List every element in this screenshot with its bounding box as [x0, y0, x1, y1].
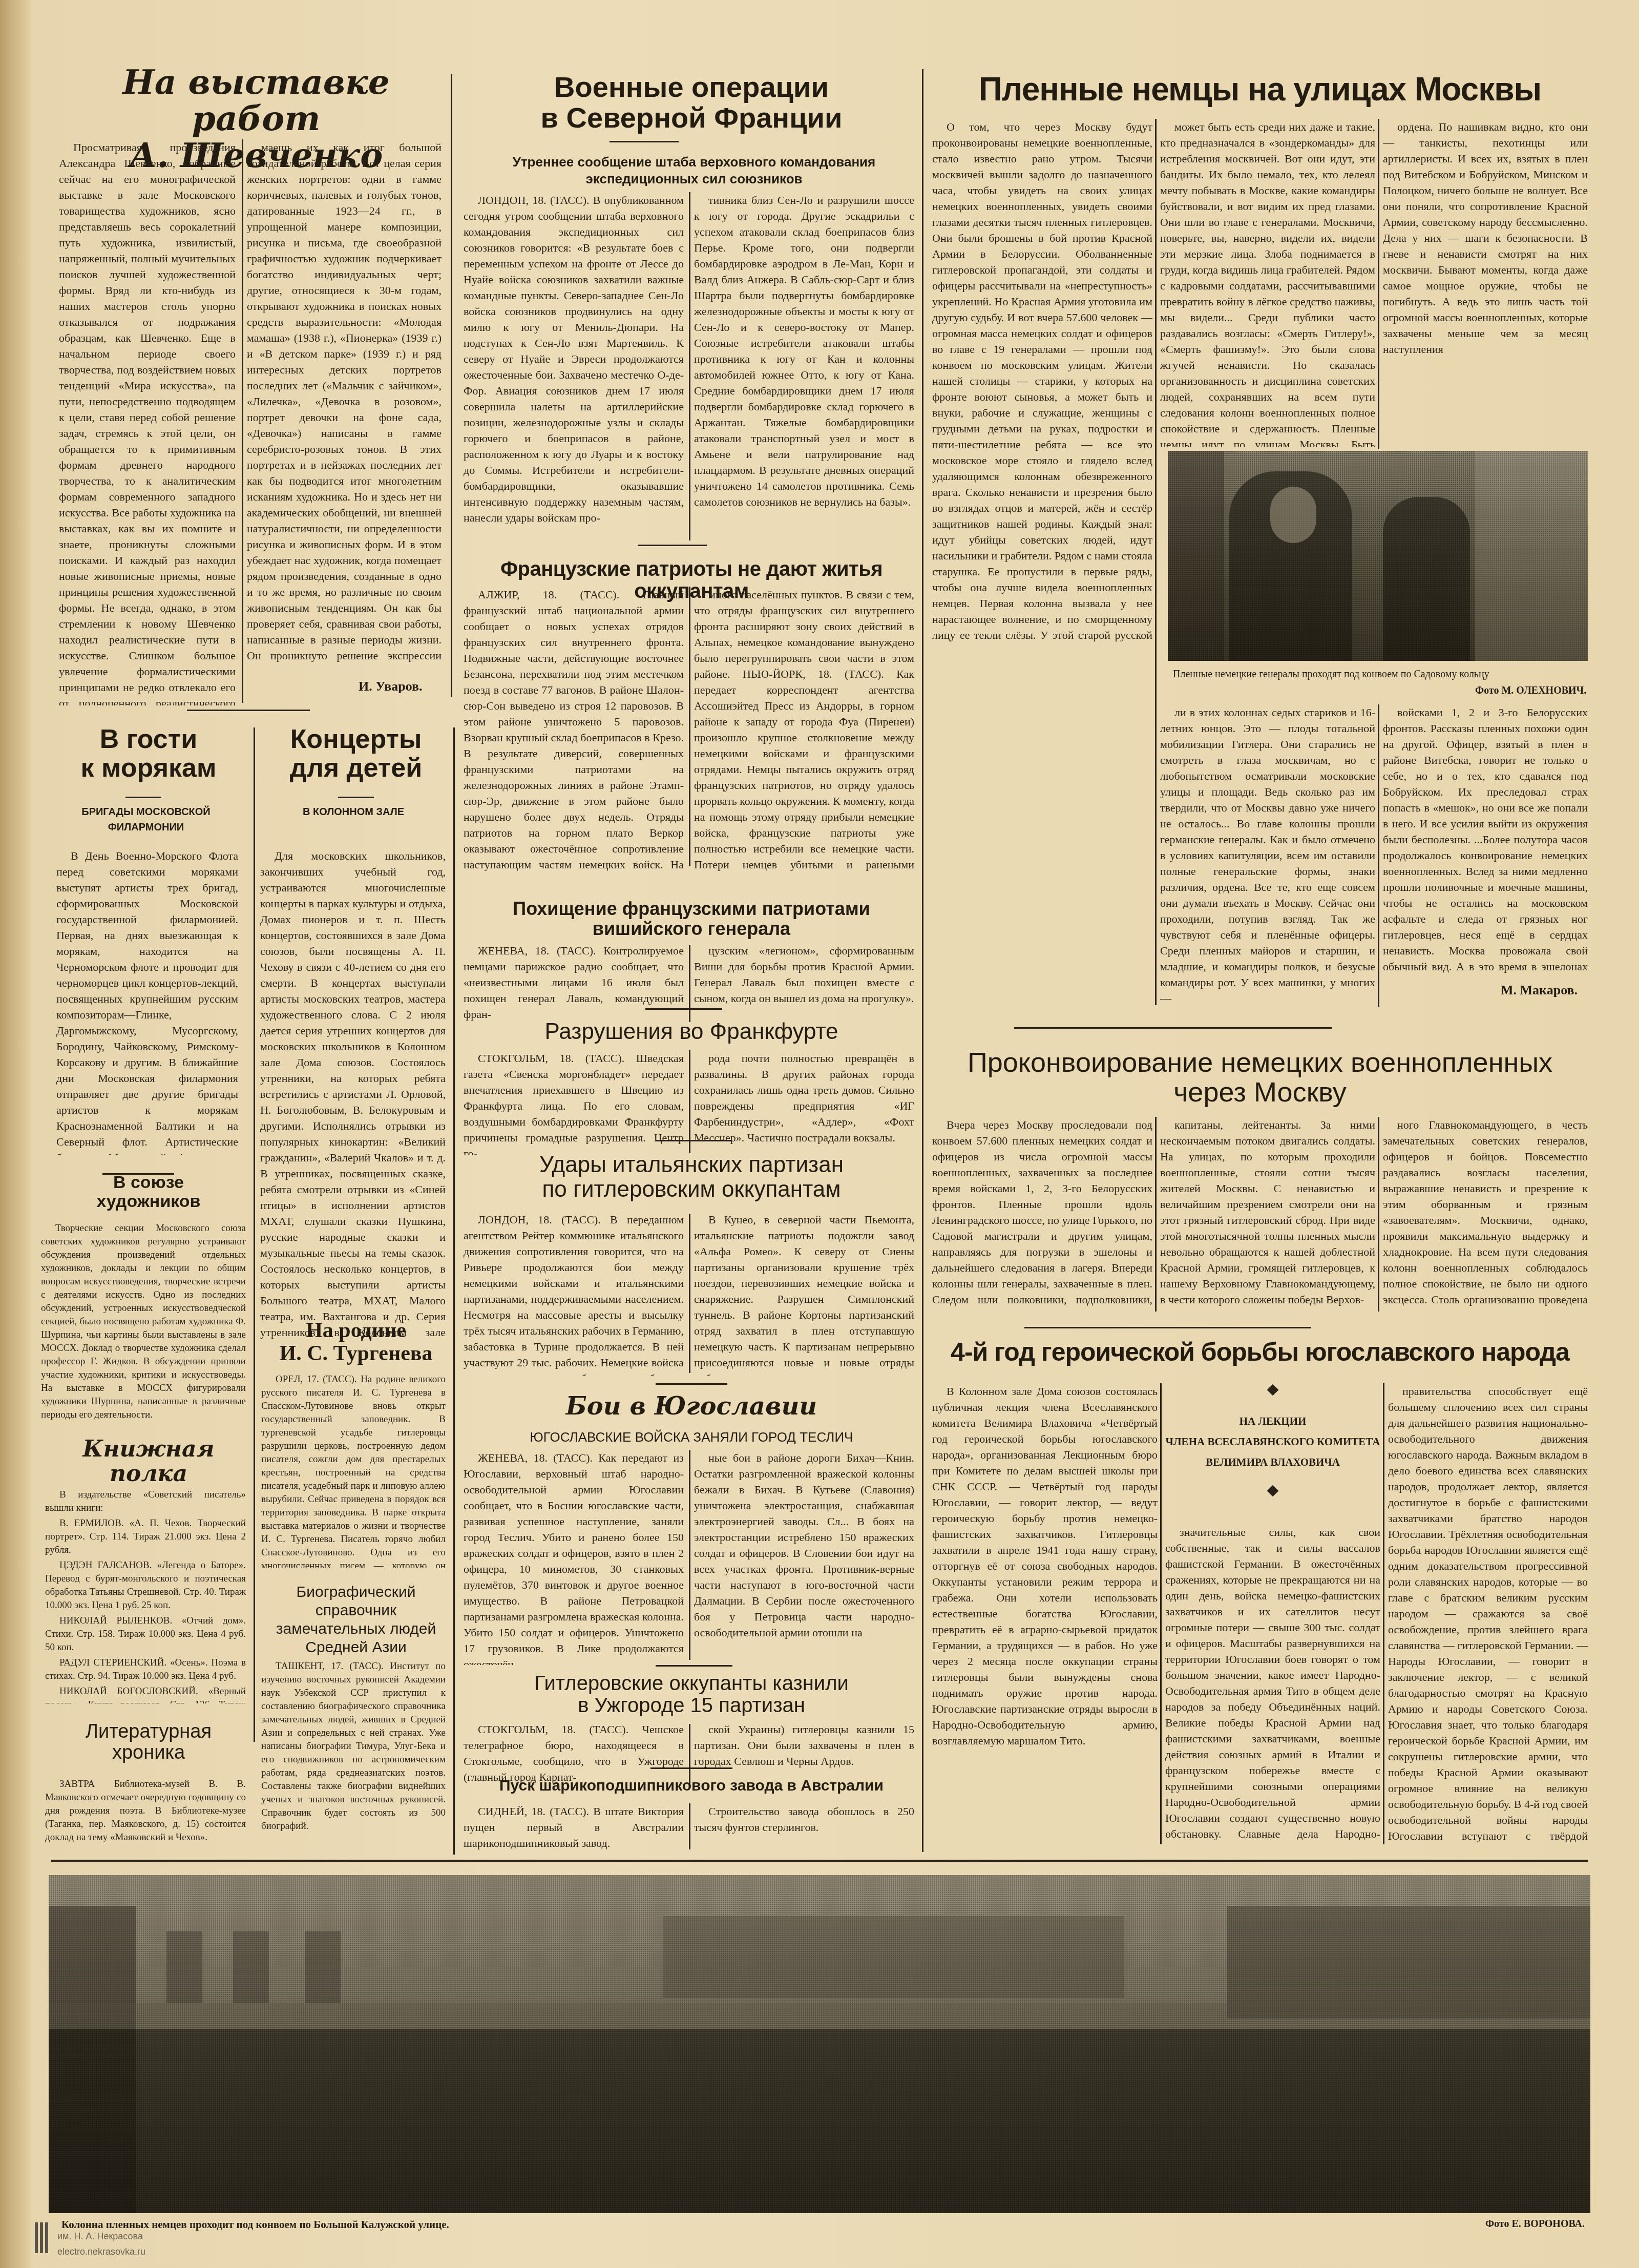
- short-rule: [338, 797, 374, 798]
- article-text: войсками 1, 2 и 3-го Белорусских фронтов…: [1383, 704, 1588, 981]
- short-rule: [656, 1665, 732, 1667]
- article-text: СТОКГОЛЬМ, 18. (ТАСС). Чешское телеграфн…: [464, 1721, 684, 1785]
- headline-line: полка: [51, 1462, 246, 1486]
- headline-line: Концерты: [259, 725, 453, 754]
- headline-line: художников: [51, 1192, 246, 1211]
- pows-column-1: О том, что через Москву будут проконвоир…: [932, 119, 1152, 647]
- article-text: маешь их как итог большой созидательной …: [247, 139, 442, 667]
- shevchenko-column-2: маешь их как итог большой созидательной …: [247, 139, 442, 667]
- headline-line: для детей: [259, 754, 453, 782]
- yugoslav-struggle-column-1: В Колонном зале Дома союзов состоялась п…: [932, 1383, 1158, 1844]
- article-text: ли в этих колоннах седых стариков и 16-л…: [1160, 704, 1375, 1006]
- yugoslavia-battles-subhead: ЮГОСЛАВСКИЕ ВОЙСКА ЗАНЯЛИ ГОРОД ТЕСЛИЧ: [461, 1429, 922, 1445]
- author-byline: М. Макаров.: [1501, 983, 1578, 998]
- article-text: ЛОНДОН, 18. (ТАСС). В опубликованном сег…: [464, 192, 684, 526]
- italian-partisans-column-1: ЛОНДОН, 18. (ТАСС). В переданном агентст…: [464, 1212, 684, 1376]
- artists-union-body: Творческие секции Московского союза сове…: [41, 1222, 246, 1463]
- military-ops-headline: Военные операции в Северной Франции: [461, 72, 922, 134]
- literary-chronicle-body: ЗАВТРА Библиотека-музей В. В. Маяковског…: [45, 1778, 246, 1849]
- photo-caption: Пленные немецкие генералы проходят под к…: [1173, 669, 1583, 680]
- short-rule: [125, 797, 161, 798]
- headline-line: На родине: [261, 1319, 451, 1342]
- book-entry: НИКОЛАЙ РЫЛЕНКОВ. «Отчий дом». Стихи. Ст…: [45, 1614, 246, 1654]
- section-rule: [51, 1860, 1588, 1862]
- article-text: много населённых пунктов. В связи с тем,…: [694, 587, 914, 871]
- headline-line: замечательных людей: [261, 1620, 451, 1638]
- headline-line: в Северной Франции: [461, 102, 922, 133]
- central-asia-body: ТАШКЕНТ, 17. (ТАСС). Институт по изучени…: [261, 1660, 446, 1857]
- italian-partisans-column-2: В Кунео, в северной части Пьемонта, итал…: [694, 1212, 914, 1376]
- book-shelf-headline: Книжная полка: [51, 1437, 246, 1486]
- article-text: ЛОНДОН, 18. (ТАСС). В переданном агентст…: [464, 1212, 684, 1376]
- australia-column-1: СИДНЕЙ, 18. (ТАСС). В штате Виктория пущ…: [464, 1803, 684, 1855]
- headline-line: через Москву: [930, 1077, 1590, 1107]
- convoy-column-3: ного Главнокомандующего, в честь замечат…: [1383, 1117, 1588, 1312]
- ornament-rule: [187, 710, 310, 711]
- column-divider: [451, 74, 452, 697]
- headline-line: справочник: [261, 1601, 451, 1620]
- column-divider: [922, 69, 923, 1852]
- french-patriots-column-2: много населённых пунктов. В связи с тем,…: [694, 587, 914, 871]
- turgenev-headline: На родине И. С. Тургенева: [261, 1319, 451, 1366]
- pows-column-4: ли в этих колоннах седых стариков и 16-л…: [1160, 704, 1375, 1007]
- article-text: ордена. По нашивкам видно, кто они — тан…: [1383, 119, 1588, 357]
- sidebar-title-line: ЧЛЕНА ВСЕСЛАВЯНСКОГО КОМИТЕТА: [1165, 1431, 1380, 1452]
- article-text: ской Украины) гитлеровцы казнили 15 парт…: [694, 1721, 914, 1769]
- headline-line: вишийского генерала: [461, 919, 922, 939]
- pows-column-3: ордена. По нашивкам видно, кто они — тан…: [1383, 119, 1588, 447]
- article-text: ного Главнокомандующего, в честь замечат…: [1383, 1117, 1588, 1312]
- book-entry: ЦЭДЭН ГАЛСАНОВ. «Легенда о Баторе». Пере…: [45, 1559, 246, 1612]
- article-text: может быть есть среди них даже и такие, …: [1160, 119, 1375, 447]
- sailors-subhead: БРИГАДЫ МОСКОВСКОЙ ФИЛАРМОНИИ: [61, 804, 230, 835]
- yugoslav-struggle-headline: 4-й год героической борьбы югославского …: [930, 1338, 1590, 1366]
- library-logo-icon: [35, 2222, 50, 2253]
- column-divider: [1155, 1117, 1157, 1312]
- article-text: правительства способствует ещё большему …: [1388, 1383, 1588, 1844]
- watermark-url: electro.nekrasovka.ru: [57, 2246, 145, 2257]
- author-byline: И. Уваров.: [359, 679, 423, 694]
- article-text: рода почти полностью превращён в развали…: [694, 1050, 914, 1146]
- yugoslavia-battles-column-2: ные бои в районе дороги Бихач—Книн. Оста…: [694, 1450, 914, 1665]
- column-divider: [254, 727, 255, 1742]
- section-rule: [1014, 1027, 1332, 1029]
- convoy-column-1: Вчера через Москву проследовали под конв…: [932, 1117, 1152, 1312]
- column-divider: [689, 1050, 690, 1153]
- article-text: В Кунео, в северной части Пьемонта, итал…: [694, 1212, 914, 1376]
- central-asia-headline: Биографический справочник замечательных …: [261, 1583, 451, 1657]
- article-text: ЖЕНЕВА, 18. (ТАСС). Контролируемое немца…: [464, 943, 684, 1022]
- column-divider: [1378, 119, 1379, 449]
- column-divider: [689, 587, 690, 866]
- article-text: ЖЕНЕВА, 18. (ТАСС). Как передают из Югос…: [464, 1450, 684, 1665]
- book-entry: В. ЕРМИЛОВ. «А. П. Чехов. Творческий пор…: [45, 1517, 246, 1557]
- column-divider: [1378, 704, 1379, 1007]
- headline-line: Удары итальянских партизан: [461, 1153, 922, 1177]
- short-rule: [656, 1140, 732, 1141]
- article-text: АЛЖИР, 18. (ТАСС). Главный французский ш…: [464, 587, 684, 871]
- article-text: Для московских школьников, закончивших у…: [260, 848, 446, 1340]
- page-binding-edge: [0, 0, 32, 2268]
- diamond-ornament-icon: [1267, 1384, 1279, 1396]
- article-text: капитаны, лейтенанты. За ними нескончаем…: [1160, 1117, 1375, 1307]
- column-divider: [689, 192, 690, 540]
- military-ops-column-1: ЛОНДОН, 18. (ТАСС). В опубликованном сег…: [464, 192, 684, 546]
- article-text: ТАШКЕНТ, 17. (ТАСС). Институт по изучени…: [261, 1660, 446, 1833]
- column-divider: [1383, 1383, 1384, 1844]
- convoy-headline: Проконвоирование немецких военнопленных …: [930, 1048, 1590, 1108]
- headline-line: Гитлеровские оккупанты казнили: [461, 1673, 922, 1695]
- watermark-library-name: им. Н. А. Некрасова: [57, 2231, 143, 2242]
- vichy-general-headline: Похищение французскими патриотами вишийс…: [461, 899, 922, 939]
- headline-line: На выставке работ: [56, 64, 456, 137]
- article-text: ные бои в районе дороги Бихач—Книн. Оста…: [694, 1450, 914, 1640]
- short-rule: [656, 1383, 727, 1385]
- headline-line: в Ужгороде 15 партизан: [461, 1695, 922, 1717]
- photo-pow-column-kaluzhskaya: [49, 1875, 1590, 2213]
- frankfurt-headline: Разрушения во Франкфурте: [461, 1019, 922, 1044]
- photo-caption: Колонна пленных немцев проходит под конв…: [61, 2218, 449, 2231]
- vichy-general-column-2: цузским «легионом», сформированным Виши …: [694, 943, 914, 1025]
- shevchenko-column-1: Просматривая произведения Александра Шев…: [59, 139, 236, 705]
- yugoslav-struggle-column-3: правительства способствует ещё большему …: [1388, 1383, 1588, 1844]
- vichy-general-column-1: ЖЕНЕВА, 18. (ТАСС). Контролируемое немца…: [464, 943, 684, 1025]
- concerts-subhead: В КОЛОННОМ ЗАЛЕ: [287, 804, 420, 820]
- column-divider: [242, 139, 243, 703]
- column-divider: [1378, 1117, 1379, 1312]
- column-divider: [689, 945, 690, 1022]
- article-text: СТОКГОЛЬМ, 18. (ТАСС). Шведская газета «…: [464, 1050, 684, 1155]
- headline-line: И. С. Тургенева: [261, 1342, 451, 1365]
- article-text: О том, что через Москву будут проконвоир…: [932, 119, 1152, 647]
- article-text: Строительство завода обошлось в 250 тыся…: [694, 1803, 914, 1835]
- headline-line: Похищение французскими патриотами: [461, 899, 922, 919]
- headline-line: Проконвоирование немецких военнопленных: [930, 1048, 1590, 1077]
- column-divider: [689, 1214, 690, 1373]
- sailors-body: В День Военно-Морского Флота перед совет…: [56, 848, 238, 1155]
- artists-union-headline: В союзе художников: [51, 1173, 246, 1211]
- headline-line: В союзе: [51, 1173, 246, 1192]
- article-text: СИДНЕЙ, 18. (ТАСС). В штате Виктория пущ…: [464, 1803, 684, 1851]
- photo-captured-generals: [1168, 451, 1588, 661]
- headline-line: В гости: [51, 725, 246, 754]
- article-text: В Колонном зале Дома союзов состоялась п…: [932, 1383, 1158, 1749]
- column-divider: [1160, 1383, 1162, 1844]
- military-ops-column-2: тивника близ Сен-Ло и разрушили шоссе к …: [694, 192, 914, 546]
- headline-line: Литературная: [51, 1721, 246, 1742]
- uzhgorod-headline: Гитлеровские оккупанты казнили в Ужгород…: [461, 1673, 922, 1717]
- literary-chronicle-headline: Литературная хроника: [51, 1721, 246, 1763]
- column-divider: [1155, 119, 1157, 1005]
- lecture-sidebar-title: НА ЛЕКЦИИ ЧЛЕНА ВСЕСЛАВЯНСКОГО КОМИТЕТА …: [1165, 1386, 1380, 1497]
- article-text: цузским «легионом», сформированным Виши …: [694, 943, 914, 1006]
- pows-column-5: войсками 1, 2 и 3-го Белорусских фронтов…: [1383, 704, 1588, 981]
- column-divider: [453, 727, 455, 1855]
- military-ops-subhead: Утреннее сообщение штаба верховного кома…: [471, 154, 917, 188]
- headline-line: Биографический: [261, 1583, 451, 1601]
- article-text: значительные силы, как свои собственные,…: [1165, 1524, 1380, 1844]
- article-text: ЗАВТРА Библиотека-музей В. В. Маяковског…: [45, 1778, 246, 1844]
- book-entry: РАДУЛ СТЕРИЕНСКИЙ. «Осень». Поэма в стих…: [45, 1656, 246, 1683]
- section-rule: [1024, 1327, 1311, 1328]
- photo-credit: Фото М. ОЛЕХНОВИЧ.: [1475, 685, 1586, 697]
- convoy-column-2: капитаны, лейтенанты. За ними нескончаем…: [1160, 1117, 1375, 1312]
- concerts-body: Для московских школьников, закончивших у…: [260, 848, 446, 1340]
- headline-line: по гитлеровским оккупантам: [461, 1177, 922, 1202]
- diamond-ornament-icon: [1267, 1485, 1279, 1497]
- short-rule: [650, 1767, 732, 1769]
- yugoslavia-battles-headline: Бои в Югославии: [461, 1393, 922, 1420]
- pows-moscow-headline: Пленные немцы на улицах Москвы: [930, 72, 1590, 107]
- yugoslav-struggle-column-2: значительные силы, как свои собственные,…: [1165, 1524, 1380, 1844]
- italian-partisans-headline: Удары итальянских партизан по гитлеровск…: [461, 1153, 922, 1201]
- headline-line: к морякам: [51, 754, 246, 782]
- headline-line: хроника: [51, 1742, 246, 1763]
- headline-line: Средней Азии: [261, 1638, 451, 1657]
- article-text: Творческие секции Московского союза сове…: [41, 1222, 246, 1422]
- article-text: ОРЕЛ, 17. (ТАСС). На родине великого рус…: [261, 1373, 446, 1568]
- book-shelf-intro: В издательстве «Советский писатель» вышл…: [45, 1488, 246, 1515]
- book-entry: НИКОЛАЙ БОГОСЛОВСКИЙ. «Верный посохь». К…: [45, 1685, 246, 1703]
- australia-column-2: Строительство завода обошлось в 250 тыся…: [694, 1803, 914, 1855]
- photo-credit: Фото Е. ВОРОНОВА.: [1485, 2218, 1585, 2230]
- yugoslavia-battles-column-1: ЖЕНЕВА, 18. (ТАСС). Как передают из Югос…: [464, 1450, 684, 1665]
- book-shelf-list: В издательстве «Советский писатель» вышл…: [45, 1488, 246, 1703]
- sidebar-title-line: НА ЛЕКЦИИ: [1165, 1411, 1380, 1431]
- short-rule: [638, 545, 707, 546]
- sailors-headline: В гости к морякам: [51, 725, 246, 782]
- sidebar-title-line: ВЕЛИМИРА ВЛАХОВИЧА: [1165, 1452, 1380, 1472]
- headline-line: Книжная: [51, 1437, 246, 1462]
- australia-headline: Пуск шарикоподшипникового завода в Австр…: [461, 1778, 922, 1794]
- article-text: Вчера через Москву проследовали под конв…: [932, 1117, 1152, 1312]
- headline-line: Военные операции: [461, 72, 922, 102]
- frankfurt-column-1: СТОКГОЛЬМ, 18. (ТАСС). Шведская газета «…: [464, 1050, 684, 1155]
- column-divider: [689, 1803, 690, 1849]
- pows-column-2: может быть есть среди них даже и такие, …: [1160, 119, 1375, 447]
- short-rule: [645, 1008, 722, 1010]
- concerts-headline: Концерты для детей: [259, 725, 453, 782]
- turgenev-body: ОРЕЛ, 17. (ТАСС). На родине великого рус…: [261, 1373, 446, 1568]
- article-text: В День Военно-Морского Флота перед совет…: [56, 848, 238, 1155]
- short-rule: [610, 141, 679, 142]
- article-text: тивника близ Сен-Ло и разрушили шоссе к …: [694, 192, 914, 510]
- column-divider: [689, 1450, 690, 1660]
- french-patriots-column-1: АЛЖИР, 18. (ТАСС). Главный французский ш…: [464, 587, 684, 871]
- article-text: Просматривая произведения Александра Шев…: [59, 139, 236, 705]
